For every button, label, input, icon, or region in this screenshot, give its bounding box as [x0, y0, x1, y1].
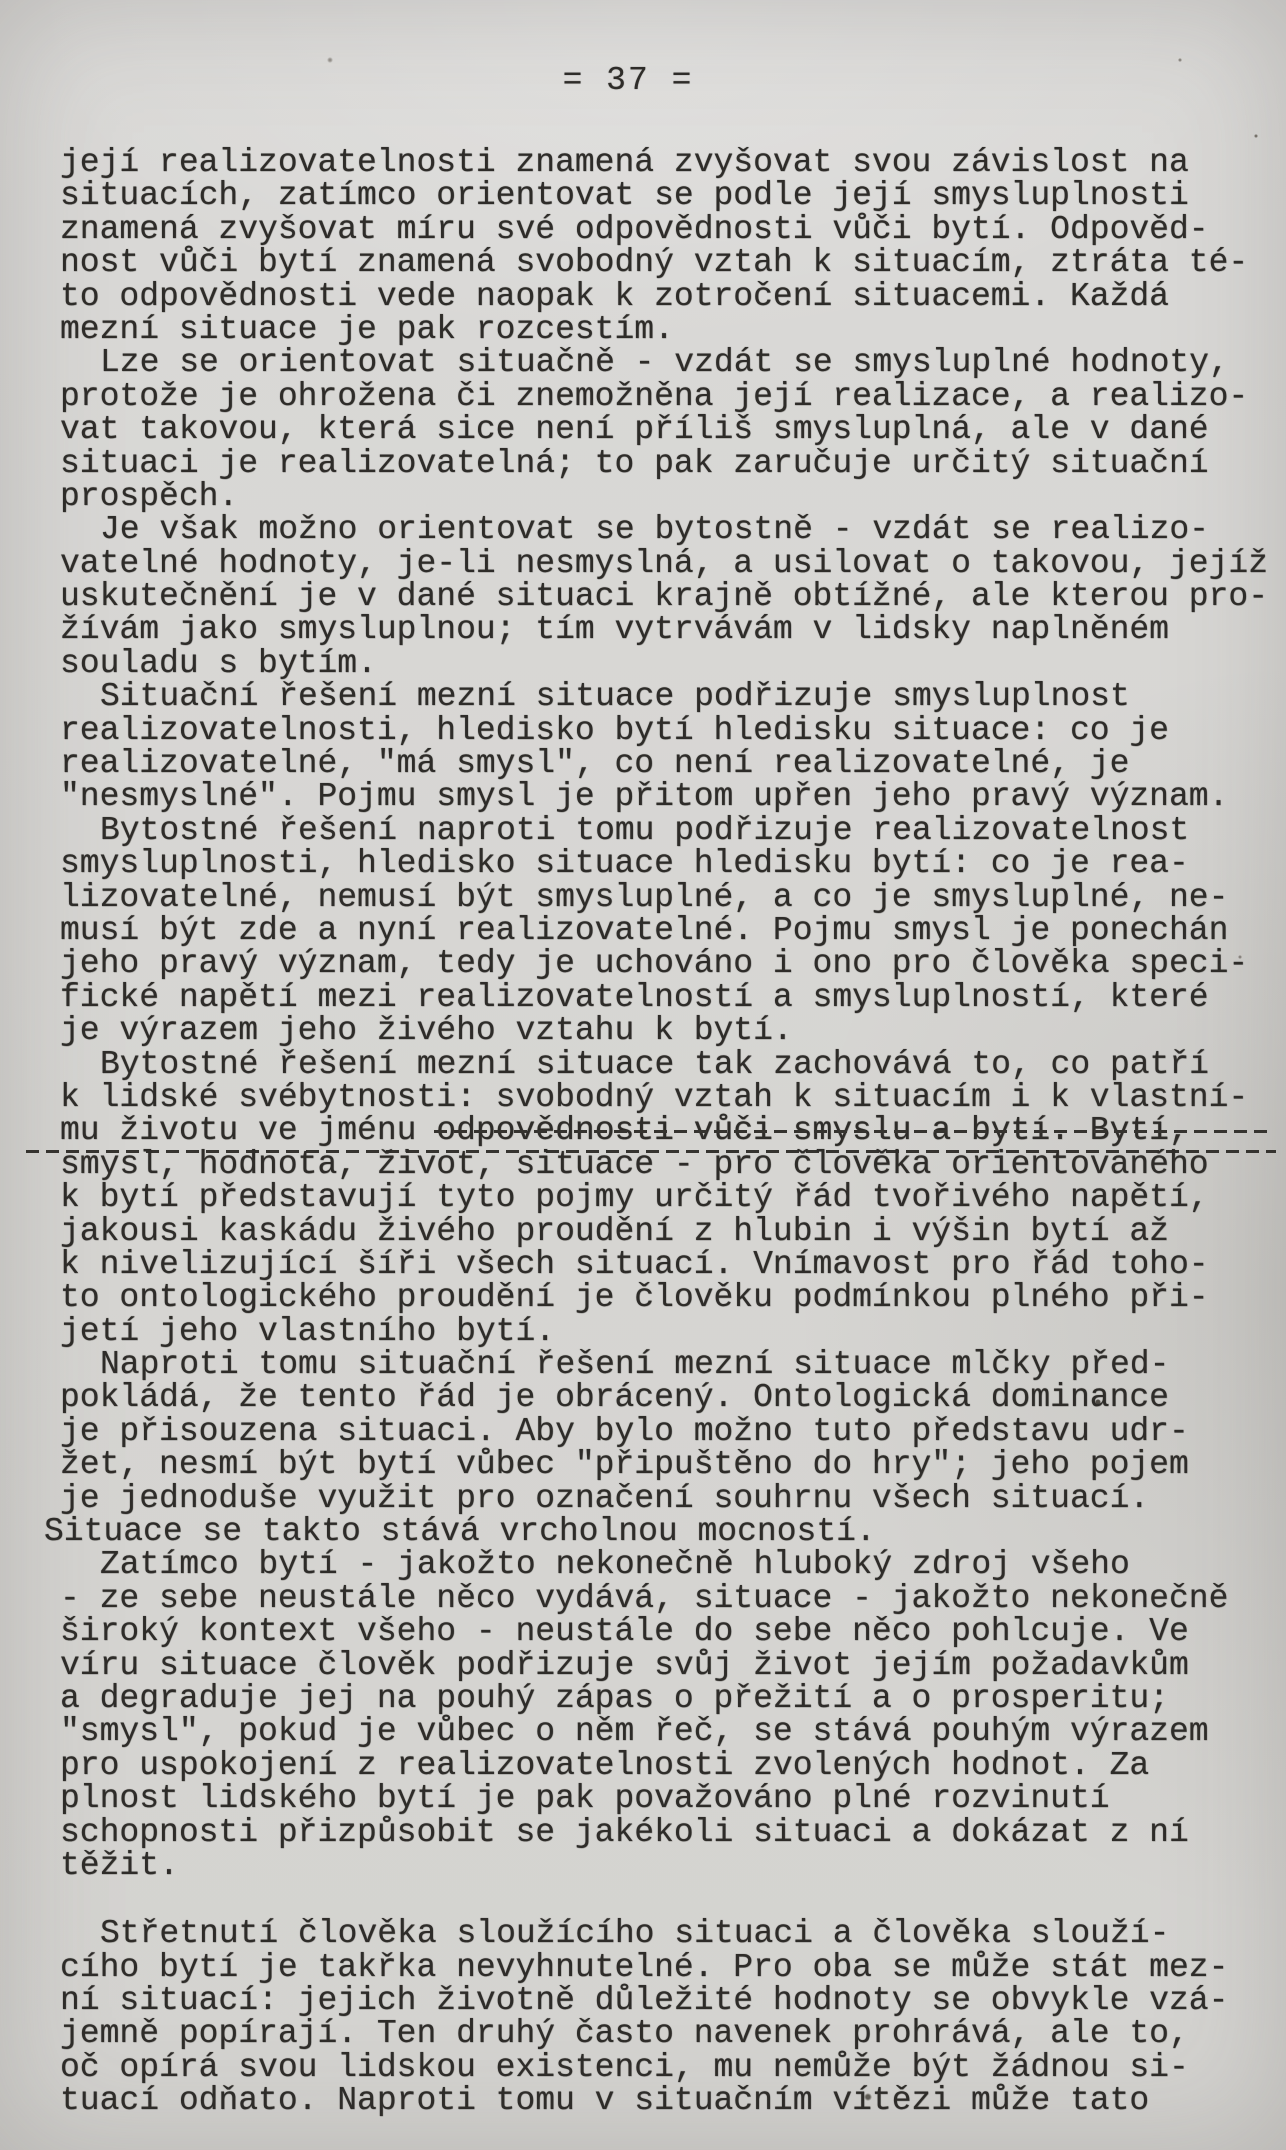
text-line: je přisouzena situaci. Aby bylo možno tu… — [60, 1415, 1272, 1448]
text-line: smysl, hodnota, život, situace - pro člo… — [60, 1148, 1272, 1181]
text-line: Zatímco bytí - jakožto nekonečně hluboký… — [60, 1548, 1272, 1581]
text-line: Lze se orientovat situačně - vzdát se sm… — [60, 346, 1272, 379]
text-line: znamená zvyšovat míru své odpovědnosti v… — [60, 213, 1272, 246]
text-line: vatelné hodnoty, je-li nesmyslná, a usil… — [60, 547, 1272, 580]
text-segment: mu životu ve jménu — [60, 1114, 436, 1147]
struck-text-segment: odpovědnosti vůči smyslu a bytí. Bytí, — [436, 1114, 1272, 1147]
text-block: její realizovatelnosti znamená zvyšovat … — [60, 146, 1272, 2118]
text-line: Situace se takto stává vrcholnou mocnost… — [44, 1515, 1272, 1548]
text-line: prospěch. — [60, 480, 1272, 513]
text-line: realizovatelnosti, hledisko bytí hledisk… — [60, 714, 1272, 747]
page-number: = 37 = — [0, 62, 1286, 99]
text-line: Bytostné řešení naproti tomu podřizuje r… — [60, 814, 1272, 847]
text-line: uskutečnění je v dané situaci krajně obt… — [60, 580, 1272, 613]
text-line: "smysl", pokud je vůbec o něm řeč, se st… — [60, 1715, 1272, 1748]
text-line: musí být zde a nyní realizovatelné. Pojm… — [60, 914, 1272, 947]
text-line: to odpovědnosti vede naopak k zotročení … — [60, 280, 1272, 313]
text-line: to ontologického proudění je člověku pod… — [60, 1281, 1272, 1314]
text-line: nost vůči bytí znamená svobodný vztah k … — [60, 246, 1272, 279]
scanned-page: = 37 = její realizovatelnosti znamená zv… — [0, 0, 1286, 2150]
text-line: "nesmyslné". Pojmu smysl je přitom upřen… — [60, 780, 1272, 813]
text-line: jakousi kaskádu živého proudění z hlubin… — [60, 1215, 1272, 1248]
text-line: Bytostné řešení mezní situace tak zachov… — [60, 1048, 1272, 1081]
text-line: je jednoduše využit pro označení souhrnu… — [60, 1482, 1272, 1515]
text-line: Je však možno orientovat se bytostně - v… — [60, 513, 1272, 546]
text-line: situaci je realizovatelná; to pak zaruču… — [60, 447, 1272, 480]
text-line: cího bytí je takřka nevyhnutelné. Pro ob… — [60, 1951, 1272, 1984]
text-line: ní situací: jejich životně důležité hodn… — [60, 1984, 1272, 2017]
text-line: souladu s bytím. — [60, 647, 1272, 680]
text-line: k bytí představují tyto pojmy určitý řád… — [60, 1181, 1272, 1214]
text-line: je výrazem jeho živého vztahu k bytí. — [60, 1014, 1272, 1047]
text-line: jetí jeho vlastního bytí. — [60, 1315, 1272, 1348]
text-line: víru situace člověk podřizuje svůj život… — [60, 1649, 1272, 1682]
text-line: oč opírá svou lidskou existenci, mu nemů… — [60, 2051, 1272, 2084]
text-line: vat takovou, která sice není příliš smys… — [60, 413, 1272, 446]
text-line: lizovatelné, nemusí být smysluplné, a co… — [60, 881, 1272, 914]
text-line: protože je ohrožena či znemožněna její r… — [60, 380, 1272, 413]
text-line: žet, nesmí být bytí vůbec "připuštěno do… — [60, 1448, 1272, 1481]
text-line: jeho pravý význam, tedy je uchováno i on… — [60, 947, 1272, 980]
text-line: těžit. — [60, 1849, 1272, 1882]
text-line: žívám jako smysluplnou; tím vytrvávám v … — [60, 613, 1272, 646]
text-line: plnost lidského bytí je pak považováno p… — [60, 1782, 1272, 1815]
text-line: pro uspokojení z realizovatelnosti zvole… — [60, 1749, 1272, 1782]
text-line: mezní situace je pak rozcestím. — [60, 313, 1272, 346]
text-line: tuací odňato. Naproti tomu v situačním v… — [60, 2084, 1272, 2117]
text-line: Střetnutí člověka sloužícího situaci a č… — [60, 1917, 1272, 1950]
text-line: široký kontext všeho - neustále do sebe … — [60, 1615, 1272, 1648]
text-line: - ze sebe neustále něco vydává, situace … — [60, 1582, 1272, 1615]
text-line: k nivelizující šíři všech situací. Vníma… — [60, 1248, 1272, 1281]
text-line: jemně popírají. Ten druhý často navenek … — [60, 2017, 1272, 2050]
text-line: smysluplnosti, hledisko situace hledisku… — [60, 847, 1272, 880]
text-line: realizovatelné, "má smysl", co není real… — [60, 747, 1272, 780]
text-line: a degraduje jej na pouhý zápas o přežití… — [60, 1682, 1272, 1715]
text-line: situacích, zatímco orientovat se podle j… — [60, 179, 1272, 212]
text-line: její realizovatelnosti znamená zvyšovat … — [60, 146, 1272, 179]
text-line: Naproti tomu situační řešení mezní situa… — [60, 1348, 1272, 1381]
text-line: Situační řešení mezní situace podřizuje … — [60, 680, 1272, 713]
text-line: fické napětí mezi realizovatelností a sm… — [60, 981, 1272, 1014]
text-line: pokládá, že tento řád je obrácený. Ontol… — [60, 1381, 1272, 1414]
text-line: schopnosti přizpůsobit se jakékoli situa… — [60, 1816, 1272, 1849]
text-line: k lidské svébytnosti: svobodný vztah k s… — [60, 1081, 1272, 1114]
text-line: mu životu ve jménu odpovědnosti vůči smy… — [60, 1114, 1272, 1147]
